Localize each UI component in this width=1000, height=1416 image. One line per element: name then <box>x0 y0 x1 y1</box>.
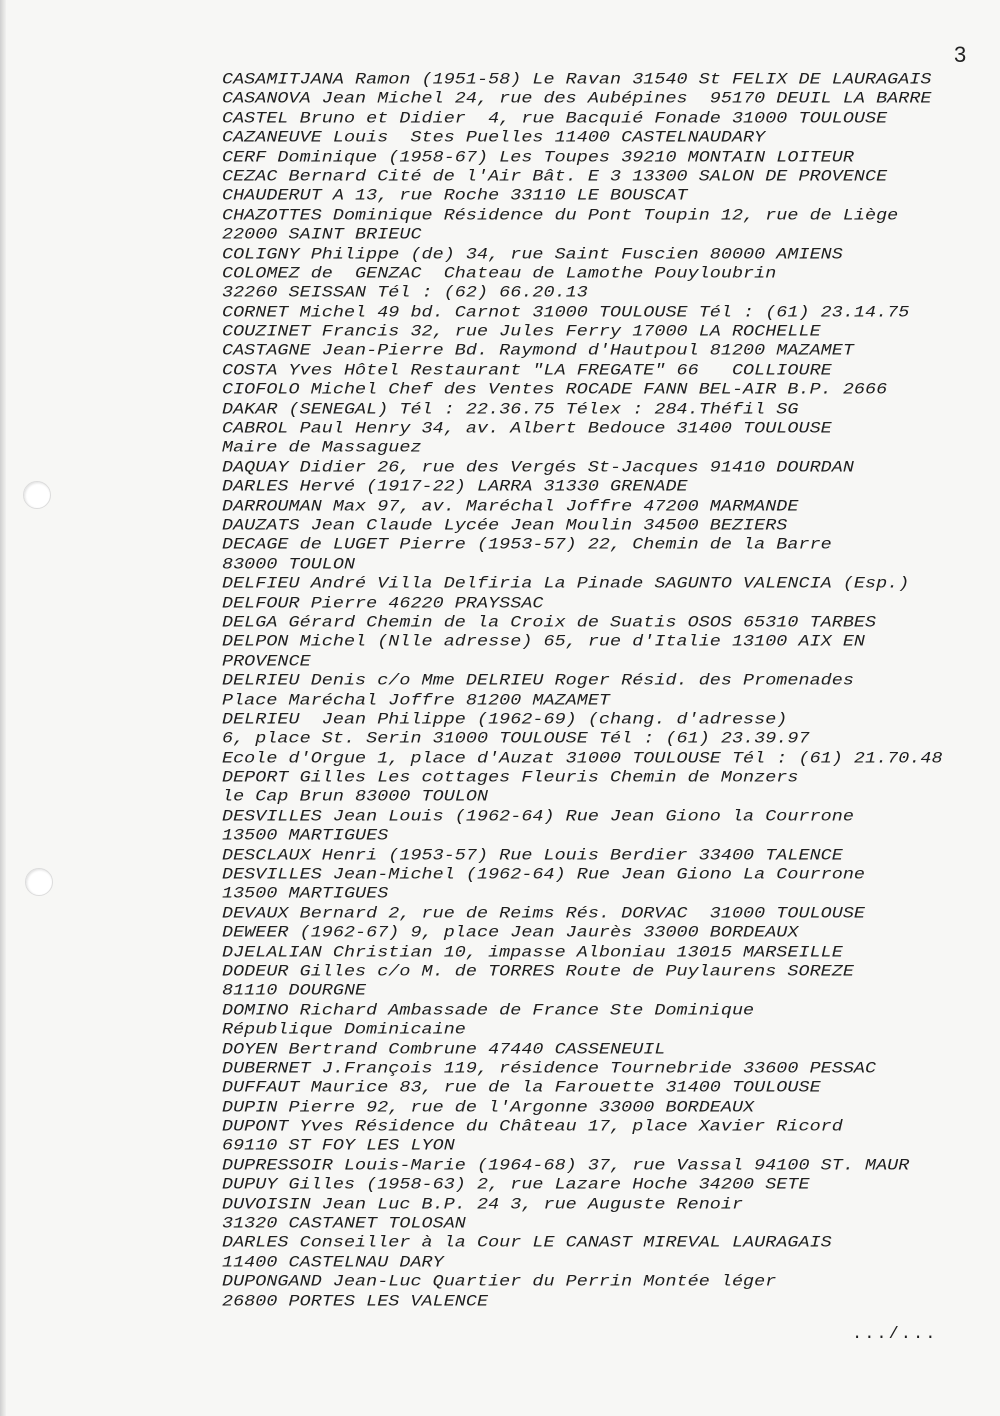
address-listing: CASAMITJANA Ramon (1951-58) Le Ravan 315… <box>222 70 943 1311</box>
listing-line: le Cap Brun 83000 TOULON <box>222 789 943 806</box>
listing-line: 6, place St. Serin 31000 TOULOUSE Tél : … <box>222 731 943 748</box>
listing-line: DUPONGAND Jean-Luc Quartier du Perrin Mo… <box>222 1274 943 1291</box>
listing-line: 26800 PORTES LES VALENCE <box>222 1293 943 1310</box>
listing-line: DUPRESSOIR Louis-Marie (1964-68) 37, rue… <box>222 1157 943 1174</box>
page-number: 3 <box>954 42 966 68</box>
listing-line: 69110 ST FOY LES LYON <box>222 1138 943 1155</box>
listing-line: DODEUR Gilles c/o M. de TORRES Route de … <box>222 963 943 980</box>
listing-line: DUPONT Yves Résidence du Château 17, pla… <box>222 1118 943 1135</box>
listing-line: CASTEL Bruno et Didier 4, rue Bacquié Fo… <box>222 110 943 127</box>
listing-line: DELGA Gérard Chemin de la Croix de Suati… <box>222 614 943 631</box>
listing-line: Place Maréchal Joffre 81200 MAZAMET <box>222 692 943 709</box>
listing-line: 83000 TOULON <box>222 556 943 573</box>
listing-line: CABROL Paul Henry 34, av. Albert Bedouce… <box>222 420 943 437</box>
continuation-mark: .../... <box>852 1325 937 1344</box>
listing-line: CIOFOLO Michel Chef des Ventes ROCADE FA… <box>222 382 943 399</box>
listing-line: DUPIN Pierre 92, rue de l'Argonne 33000 … <box>222 1099 943 1116</box>
listing-line: 11400 CASTELNAU DARY <box>222 1254 943 1271</box>
listing-line: 13500 MARTIGUES <box>222 886 943 903</box>
punch-hole-bottom <box>25 868 53 896</box>
listing-line: PROVENCE <box>222 653 943 670</box>
listing-line: 22000 SAINT BRIEUC <box>222 226 943 243</box>
listing-line: CORNET Michel 49 bd. Carnot 31000 TOULOU… <box>222 304 943 321</box>
listing-line: DESVILLES Jean Louis (1962-64) Rue Jean … <box>222 808 943 825</box>
punch-hole-top <box>23 481 51 509</box>
listing-line: CHAUDERUT A 13, rue Roche 33110 LE BOUSC… <box>222 188 943 205</box>
listing-line: CASTAGNE Jean-Pierre Bd. Raymond d'Hautp… <box>222 343 943 360</box>
listing-line: Ecole d'Orgue 1, place d'Auzat 31000 TOU… <box>222 750 943 767</box>
listing-line: DARLES Conseiller à la Cour LE CANAST MI… <box>222 1235 943 1252</box>
listing-line: DUFFAUT Maurice 83, rue de la Farouette … <box>222 1080 943 1097</box>
listing-line: 32260 SEISSAN Tél : (62) 66.20.13 <box>222 285 943 302</box>
listing-line: DOMINO Richard Ambassade de France Ste D… <box>222 1002 943 1019</box>
listing-line: COUZINET Francis 32, rue Jules Ferry 170… <box>222 323 943 340</box>
listing-line: DESCLAUX Henri (1953-57) Rue Louis Berdi… <box>222 847 943 864</box>
listing-line: DUBERNET J.François 119, résidence Tourn… <box>222 1060 943 1077</box>
listing-line: DOYEN Bertrand Combrune 47440 CASSENEUIL <box>222 1041 943 1058</box>
listing-line: DELFIEU André Villa Delfiria La Pinade S… <box>222 576 943 593</box>
listing-line: DEVAUX Bernard 2, rue de Reims Rés. DORV… <box>222 905 943 922</box>
listing-line: 13500 MARTIGUES <box>222 828 943 845</box>
listing-line: DELRIEU Denis c/o Mme DELRIEU Roger Rési… <box>222 672 943 689</box>
listing-line: DAKAR (SENEGAL) Tél : 22.36.75 Télex : 2… <box>222 401 943 418</box>
listing-line: 81110 DOURGNE <box>222 983 943 1000</box>
listing-line: CEZAC Bernard Cité de l'Air Bât. E 3 133… <box>222 168 943 185</box>
listing-line: CHAZOTTES Dominique Résidence du Pont To… <box>222 207 943 224</box>
listing-line: DELFOUR Pierre 46220 PRAYSSAC <box>222 595 943 612</box>
listing-line: COSTA Yves Hôtel Restaurant "LA FREGATE"… <box>222 362 943 379</box>
listing-line: DARLES Hervé (1917-22) LARRA 31330 GRENA… <box>222 479 943 496</box>
listing-line: DELRIEU Jean Philippe (1962-69) (chang. … <box>222 711 943 728</box>
listing-line: DAQUAY Didier 26, rue des Vergés St-Jacq… <box>222 459 943 476</box>
listing-line: CASAMITJANA Ramon (1951-58) Le Ravan 315… <box>222 71 943 88</box>
listing-line: 31320 CASTANET TOLOSAN <box>222 1215 943 1232</box>
listing-line: DELPON Michel (Nlle adresse) 65, rue d'I… <box>222 634 943 651</box>
listing-line: DJELALIAN Christian 10, impasse Alboniau… <box>222 944 943 961</box>
listing-line: DESVILLES Jean-Michel (1962-64) Rue Jean… <box>222 866 943 883</box>
listing-line: COLOMEZ de GENZAC Chateau de Lamothe Pou… <box>222 265 943 282</box>
listing-line: DUVOISIN Jean Luc B.P. 24 3, rue Auguste… <box>222 1196 943 1213</box>
listing-line: COLIGNY Philippe (de) 34, rue Saint Fusc… <box>222 246 943 263</box>
listing-line: DARROUMAN Max 97, av. Maréchal Joffre 47… <box>222 498 943 515</box>
listing-line: DEPORT Gilles Les cottages Fleuris Chemi… <box>222 769 943 786</box>
listing-line: DAUZATS Jean Claude Lycée Jean Moulin 34… <box>222 517 943 534</box>
listing-line: Maire de Massaguez <box>222 440 943 457</box>
listing-line: DEWEER (1962-67) 9, place Jean Jaurès 33… <box>222 925 943 942</box>
listing-line: République Dominicaine <box>222 1021 943 1038</box>
listing-line: CASANOVA Jean Michel 24, rue des Aubépin… <box>222 91 943 108</box>
scan-edge-shadow <box>0 0 6 1416</box>
listing-line: DECAGE de LUGET Pierre (1953-57) 22, Che… <box>222 537 943 554</box>
listing-line: CERF Dominique (1958-67) Les Toupes 3921… <box>222 149 943 166</box>
listing-line: CAZANEUVE Louis Stes Puelles 11400 CASTE… <box>222 130 943 147</box>
listing-line: DUPUY Gilles (1958-63) 2, rue Lazare Hoc… <box>222 1177 943 1194</box>
